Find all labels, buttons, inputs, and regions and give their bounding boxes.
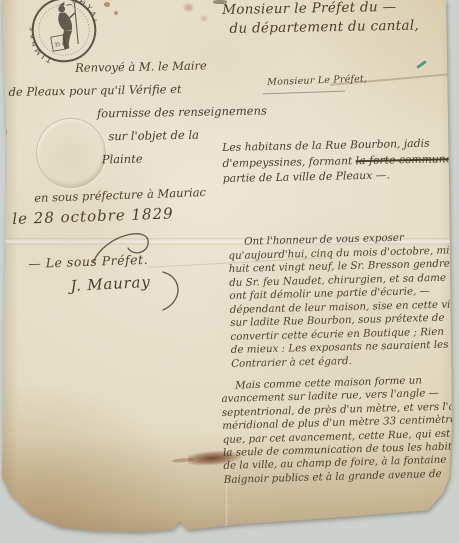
rust-stain [104,2,110,7]
paragraph-rue-bourbon: Les habitans de la Rue Bourbon, jadis d'… [222,135,459,186]
handwriting-line: Plainte [102,146,230,171]
signature-name: J. Mauray [70,273,151,295]
handwriting-line: fournisse des renseignemens [97,100,229,125]
dateline-place: en sous préfecture à Mauriac [34,185,206,205]
salutation: Monsieur Le Préfet, [267,74,367,88]
green-pencil-mark [416,60,427,69]
paragraph-maison: Mais comme cette maison forme unavanceme… [221,373,459,487]
dateline-date: le 28 octobre 1829 [12,204,174,228]
scanned-document: TIMBRE ROYAL. 35 c [0,0,459,543]
paragraph-expose: Ont l'honneur de vous exposerqu'aujourd'… [228,230,459,371]
paper-wrapper: TIMBRE ROYAL. 35 c [0,0,459,543]
line-normal-part: d'empeyssines, formant [222,154,355,170]
stamp-pedestal: 35 c [51,35,66,51]
margin-referral-note: Renvoyé à M. le Mairede Pleaux pour qu'i… [8,54,230,173]
struck-out-words: la forte commune [356,152,453,167]
stamp-denomination: 35 c [54,41,66,49]
handwriting-line: sur l'objet de la [108,123,229,148]
rust-stain [201,16,207,21]
rust-stain [184,4,193,11]
signature-title: — Le sous Préfet. [28,252,148,271]
rust-stain [2,128,7,136]
address-heading: Monsieur le Préfet du — du département d… [222,0,459,39]
paper-sheet: TIMBRE ROYAL. 35 c [0,0,459,543]
rust-stain [114,11,118,15]
signature-tail-flourish [160,268,188,314]
heading-line: du département du cantal, [222,16,458,39]
handwriting-line: Renvoyé à M. le Maire [75,54,228,80]
salutation-underline [263,91,345,95]
